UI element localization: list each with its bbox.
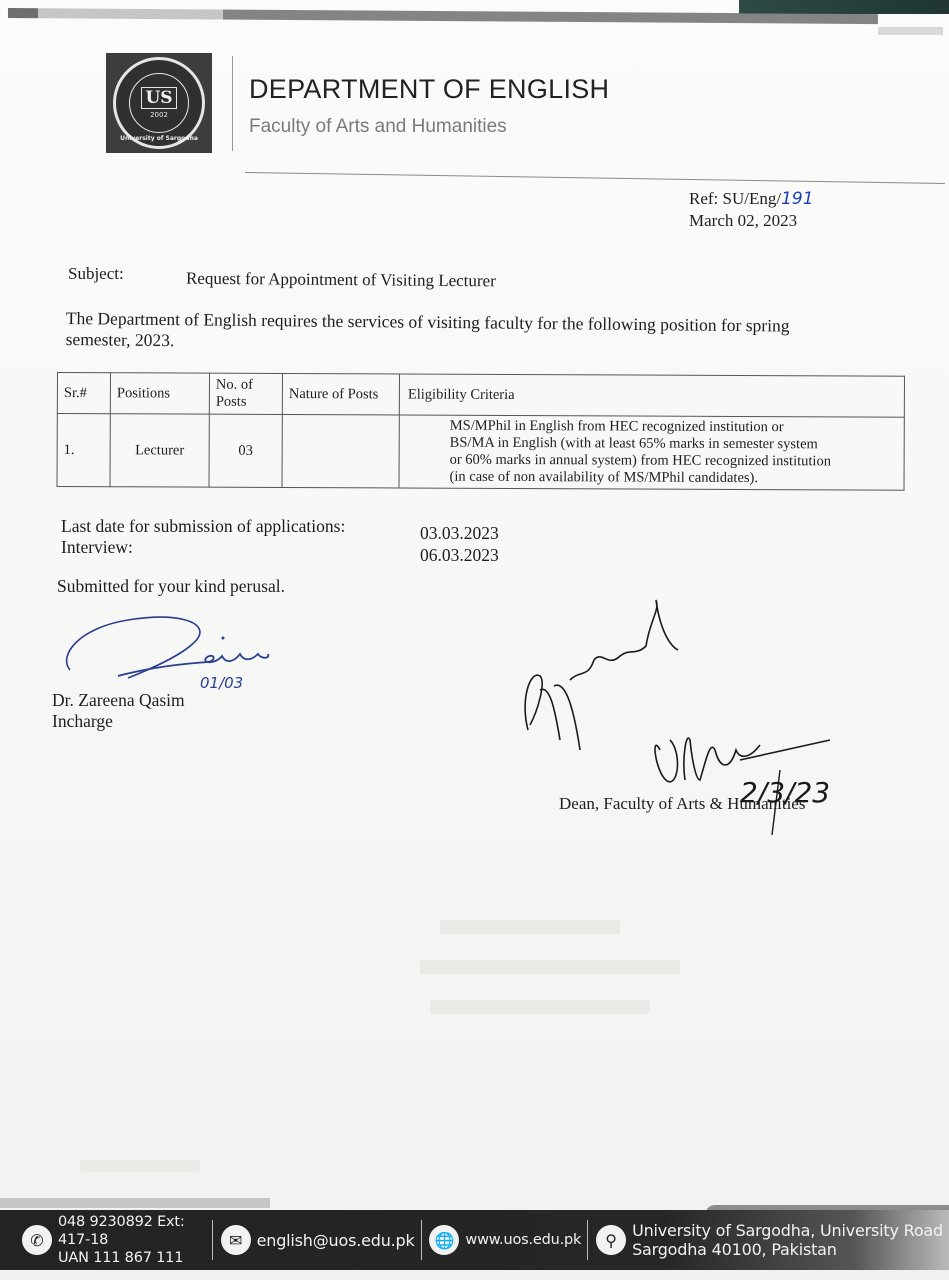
address-text: University of Sargodha, University Road … (632, 1221, 943, 1259)
cell-position: Lecturer (110, 414, 209, 487)
interview-date: 06.03.2023 (420, 544, 499, 566)
letterhead-footer: ✆ 048 9230892 Ext: 417-18 UAN 111 867 11… (0, 1210, 949, 1270)
positions-table-wrapper: Sr.# Positions No. of Posts Nature of Po… (56, 372, 904, 491)
header-sr: Sr.# (57, 373, 110, 414)
ref-number-handwritten: 191 (781, 189, 813, 209)
incharge-signature: 01/03 (58, 608, 288, 698)
incharge-handwritten-date: 01/03 (200, 674, 243, 692)
bleed-through-mark (80, 1160, 200, 1172)
logo-year: 2002 (150, 111, 168, 119)
submission-label: Last date for submission of applications… (61, 516, 345, 537)
logo-monogram: US (141, 87, 176, 109)
ref-prefix: Ref: SU/Eng/ (689, 189, 781, 208)
signatory-name: Dr. Zareena Qasim (52, 690, 185, 711)
table-header-row: Sr.# Positions No. of Posts Nature of Po… (57, 373, 904, 418)
footer-website: 🌐 www.uos.edu.pk (421, 1220, 587, 1260)
footer-email: ✉ english@uos.edu.pk (213, 1220, 421, 1260)
subject-text: Request for Appointment of Visiting Lect… (186, 269, 496, 292)
logo-inner-ring: US 2002 (129, 73, 189, 133)
signatory-title: Incharge (52, 711, 185, 732)
table-row: 1. Lecturer 03 MS/MPhil in English from … (57, 414, 904, 491)
cell-nature (282, 414, 399, 488)
reference-block: Ref: SU/Eng/191 March 02, 2023 (689, 188, 814, 231)
header-divider (232, 56, 233, 151)
cell-posts: 03 (209, 414, 282, 487)
intro-paragraph: The Department of English requires the s… (66, 308, 856, 358)
header-nature-of-posts: Nature of Posts (282, 373, 399, 415)
closing-line: Submitted for your kind perusal. (57, 576, 285, 597)
bleed-through-mark (430, 1000, 650, 1014)
logo-seal: US 2002 University of Sargodha (113, 57, 205, 149)
criteria-line: or 60% marks in annual system) from HEC … (450, 452, 898, 471)
header-no-of-posts: No. of Posts (209, 373, 282, 414)
subject-label: Subject: (68, 264, 124, 284)
university-logo: US 2002 University of Sargodha (106, 53, 212, 153)
department-title: DEPARTMENT OF ENGLISH (249, 74, 609, 105)
footer-phone: ✆ 048 9230892 Ext: 417-18 UAN 111 867 11… (0, 1220, 212, 1260)
ref-line: Ref: SU/Eng/191 (689, 188, 814, 210)
signatory-block: Dr. Zareena Qasim Incharge (52, 690, 185, 732)
letter-date: March 02, 2023 (689, 210, 814, 231)
positions-table: Sr.# Positions No. of Posts Nature of Po… (56, 372, 904, 491)
logo-ring-text: University of Sargodha (116, 135, 202, 142)
dean-title: Dean, Faculty of Arts & Humanities (559, 794, 805, 814)
deadline-values: 03.03.2023 06.03.2023 (420, 522, 499, 566)
submission-date: 03.03.2023 (420, 522, 499, 544)
criteria-line: MS/MPhil in English from HEC recognized … (450, 418, 898, 437)
criteria-line: BS/MA in English (with at least 65% mark… (450, 435, 898, 454)
website-text[interactable]: www.uos.edu.pk (465, 1231, 581, 1249)
email-text[interactable]: english@uos.edu.pk (257, 1231, 415, 1250)
faculty-subtitle: Faculty of Arts and Humanities (249, 116, 507, 138)
address-line-1: University of Sargodha, University Road (632, 1221, 943, 1240)
footer-address: ⚲ University of Sargodha, University Roa… (588, 1220, 949, 1260)
cell-criteria: MS/MPhil in English from HEC recognized … (399, 415, 904, 490)
deadline-labels: Last date for submission of applications… (61, 516, 345, 558)
desk-edge (739, 0, 949, 14)
header-positions: Positions (110, 373, 209, 414)
phone-line-1: 048 9230892 Ext: 417-18 (58, 1213, 206, 1249)
address-line-2: Sargodha 40100, Pakistan (632, 1240, 943, 1259)
envelope-icon: ✉ (221, 1225, 251, 1255)
location-pin-icon: ⚲ (596, 1225, 626, 1255)
phone-text: 048 9230892 Ext: 417-18 UAN 111 867 111 (58, 1213, 206, 1267)
phone-icon: ✆ (22, 1225, 52, 1255)
cell-sr: 1. (57, 414, 110, 487)
footer-accent-stripe (0, 1198, 270, 1208)
bleed-through-mark (420, 960, 680, 974)
phone-line-2: UAN 111 867 111 (58, 1249, 206, 1267)
scan-edge-strip-end (878, 27, 943, 35)
interview-label: Interview: (61, 537, 345, 558)
bleed-through-mark (440, 920, 620, 934)
criteria-line: (in case of non availability of MS/MPhil… (450, 469, 898, 488)
header-eligibility-criteria: Eligibility Criteria (399, 374, 904, 417)
globe-icon: 🌐 (429, 1225, 459, 1255)
